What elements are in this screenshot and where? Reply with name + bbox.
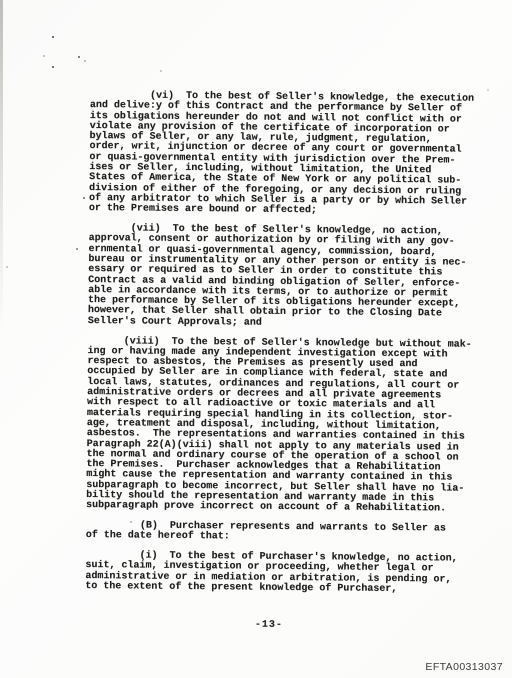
clause-b-intro-text: (B) Purchaser represents and warrants to… [86, 521, 486, 545]
bates-stamp-number: EFTA00313037 [425, 661, 503, 673]
clause-b-i-text: (i) To the best of Purchaser's knowledge… [85, 551, 485, 596]
scan-speck [52, 66, 54, 68]
scan-edge-artifact [0, 0, 3, 330]
scan-speck [160, 70, 162, 72]
scan-speck [78, 56, 80, 58]
scan-speck [76, 248, 78, 250]
contract-text-block: (vi) To the best of Seller's knowledge, … [85, 91, 490, 633]
clause-a-vi-text: (vi) To the best of Seller's knowledge, … [89, 91, 490, 218]
scan-speck [43, 55, 45, 57]
scan-speck [487, 89, 489, 91]
clause-a-vii-text: (vii) To the best of Seller's knowledge,… [88, 224, 489, 331]
page-number: -13- [69, 618, 469, 633]
scan-speck [52, 36, 54, 38]
scan-speck [83, 197, 85, 199]
scan-speck [84, 60, 86, 62]
document-page: (vi) To the best of Seller's knowledge, … [0, 0, 512, 678]
clause-a-viii-text: (viii) To the best of Seller's knowledge… [86, 337, 488, 516]
scan-speck [6, 266, 8, 268]
